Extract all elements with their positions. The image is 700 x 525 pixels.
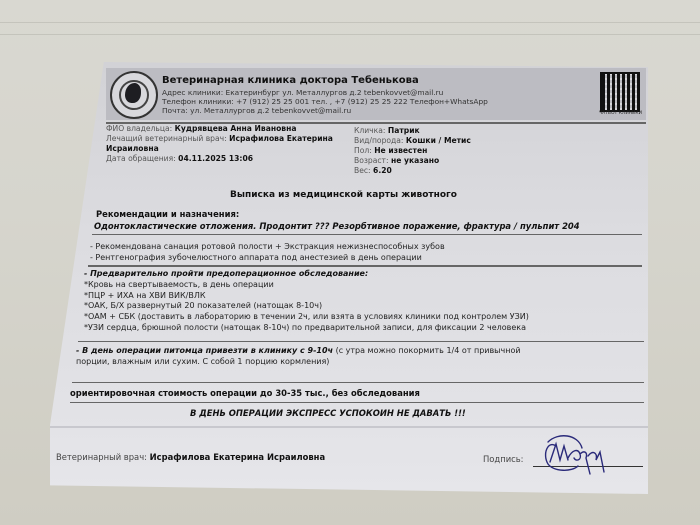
opday-text: (с утра можно покормить 1/4 от привычной <box>333 346 521 355</box>
weight-value: 6.20 <box>373 166 392 175</box>
warning-note: В ДЕНЬ ОПЕРАЦИИ ЭКСПРЕСС УСПОКОИН НЕ ДАВ… <box>190 408 466 418</box>
qr-code-icon[interactable] <box>600 72 640 112</box>
date-value: 04.11.2025 13:06 <box>178 154 253 163</box>
recommendations-list: - Рекомендована санация ротовой полости … <box>90 241 445 263</box>
preop-item: *ОАМ + СБК (доставить в лабораторию в те… <box>84 312 529 323</box>
footer-doctor-value: Исрафилова Екатерина Исраиловна <box>150 452 325 462</box>
document-title: Выписка из медицинской карты животного <box>230 190 457 200</box>
age-value: не указано <box>391 156 439 165</box>
pet-name-row: Кличка: Патрик <box>354 126 471 136</box>
preop-item: *Кровь на свертываемость, в день операци… <box>84 280 529 291</box>
sex-value: Не известен <box>374 146 427 155</box>
clinic-logo-icon <box>110 71 158 119</box>
pet-name-label: Кличка: <box>354 126 385 135</box>
sex-label: Пол: <box>354 146 372 155</box>
species-label: Вид/порода: <box>354 136 404 145</box>
medical-record-sheet: Ветеринарная клиника доктора Тебенькова … <box>50 62 648 494</box>
opday-heading: - В день операции питомца привезти в кли… <box>76 346 333 355</box>
section-divider <box>78 341 644 342</box>
preop-section: - Предварительно пройти предоперационное… <box>84 269 529 334</box>
qr-caption: ЧАТБОТ КЛИНИКИ <box>599 111 642 116</box>
section-divider <box>70 402 644 403</box>
diagnosis: Одонтокластические отложения. Продонтит … <box>94 221 580 231</box>
footer-doctor-label: Ветеринарный врач: <box>56 452 147 462</box>
preop-item: *УЗИ сердца, брюшной полости (натощак 8-… <box>84 323 529 334</box>
clinic-phone: Телефон клиники: +7 (912) 25 25 001 тел.… <box>162 97 488 106</box>
age-row: Возраст: не указано <box>354 156 471 166</box>
operation-day-section: - В день операции питомца привезти в кли… <box>76 345 636 367</box>
sex-row: Пол: Не известен <box>354 146 471 156</box>
weight-row: Вес: 6.20 <box>354 166 471 176</box>
owner-label: ФИО владельца: <box>106 124 172 133</box>
recommendations-heading: Рекомендации и назначения: <box>96 209 239 219</box>
background-wall-line <box>0 34 700 35</box>
owner-row: ФИО владельца: Кудрявцева Анна Ивановна <box>106 124 356 134</box>
age-label: Возраст: <box>354 156 389 165</box>
weight-label: Вес: <box>354 166 371 175</box>
preop-heading: - Предварительно пройти предоперационное… <box>84 269 529 280</box>
owner-info: ФИО владельца: Кудрявцева Анна Ивановна … <box>106 124 356 164</box>
preop-item: *ПЦР + ИХА на ХВИ ВИК/ВЛК <box>84 291 529 302</box>
preop-item: *ОАК, Б/Х развернутый 20 показателей (на… <box>84 301 529 312</box>
recommendation-item: - Рекомендована санация ротовой полости … <box>90 241 445 252</box>
section-divider <box>72 382 644 383</box>
signature-label: Подпись: <box>483 454 524 464</box>
clinic-address: Адрес клиники: Екатеринбург ул. Металлур… <box>162 88 443 97</box>
opday-text-continued: порции, влажным или сухим. С собой 1 пор… <box>76 356 636 367</box>
species-row: Вид/порода: Кошки / Метис <box>354 136 471 146</box>
footer-doctor: Ветеринарный врач: Исрафилова Екатерина … <box>56 452 325 462</box>
pet-name-value: Патрик <box>388 126 420 135</box>
date-row: Дата обращения: 04.11.2025 13:06 <box>106 154 356 164</box>
pet-info: Кличка: Патрик Вид/порода: Кошки / Метис… <box>354 126 471 176</box>
doctor-label: Лечащий ветеринарный врач: <box>106 134 227 143</box>
estimated-cost: ориентировочная стоимость операции до 30… <box>70 388 420 398</box>
section-divider <box>92 234 642 235</box>
clinic-name: Ветеринарная клиника доктора Тебенькова <box>162 75 419 86</box>
date-label: Дата обращения: <box>106 154 176 163</box>
logo-animal-mark <box>125 83 141 103</box>
species-value: Кошки / Метис <box>406 136 471 145</box>
section-divider <box>88 265 642 267</box>
clinic-mail: Почта: ул. Металлургов д.2 tebenkovvet@m… <box>162 106 351 115</box>
owner-value: Кудрявцева Анна Ивановна <box>175 124 297 133</box>
handwritten-signature <box>538 432 628 477</box>
recommendation-item: - Рентгенография зубочелюстного аппарата… <box>90 252 445 263</box>
opday-line: - В день операции питомца привезти в кли… <box>76 345 636 356</box>
background-wall-line <box>0 22 700 23</box>
doctor-row: Лечащий ветеринарный врач: Исрафилова Ек… <box>106 134 356 154</box>
paper-fold <box>50 426 648 428</box>
clinic-header: Ветеринарная клиника доктора Тебенькова … <box>106 68 646 120</box>
